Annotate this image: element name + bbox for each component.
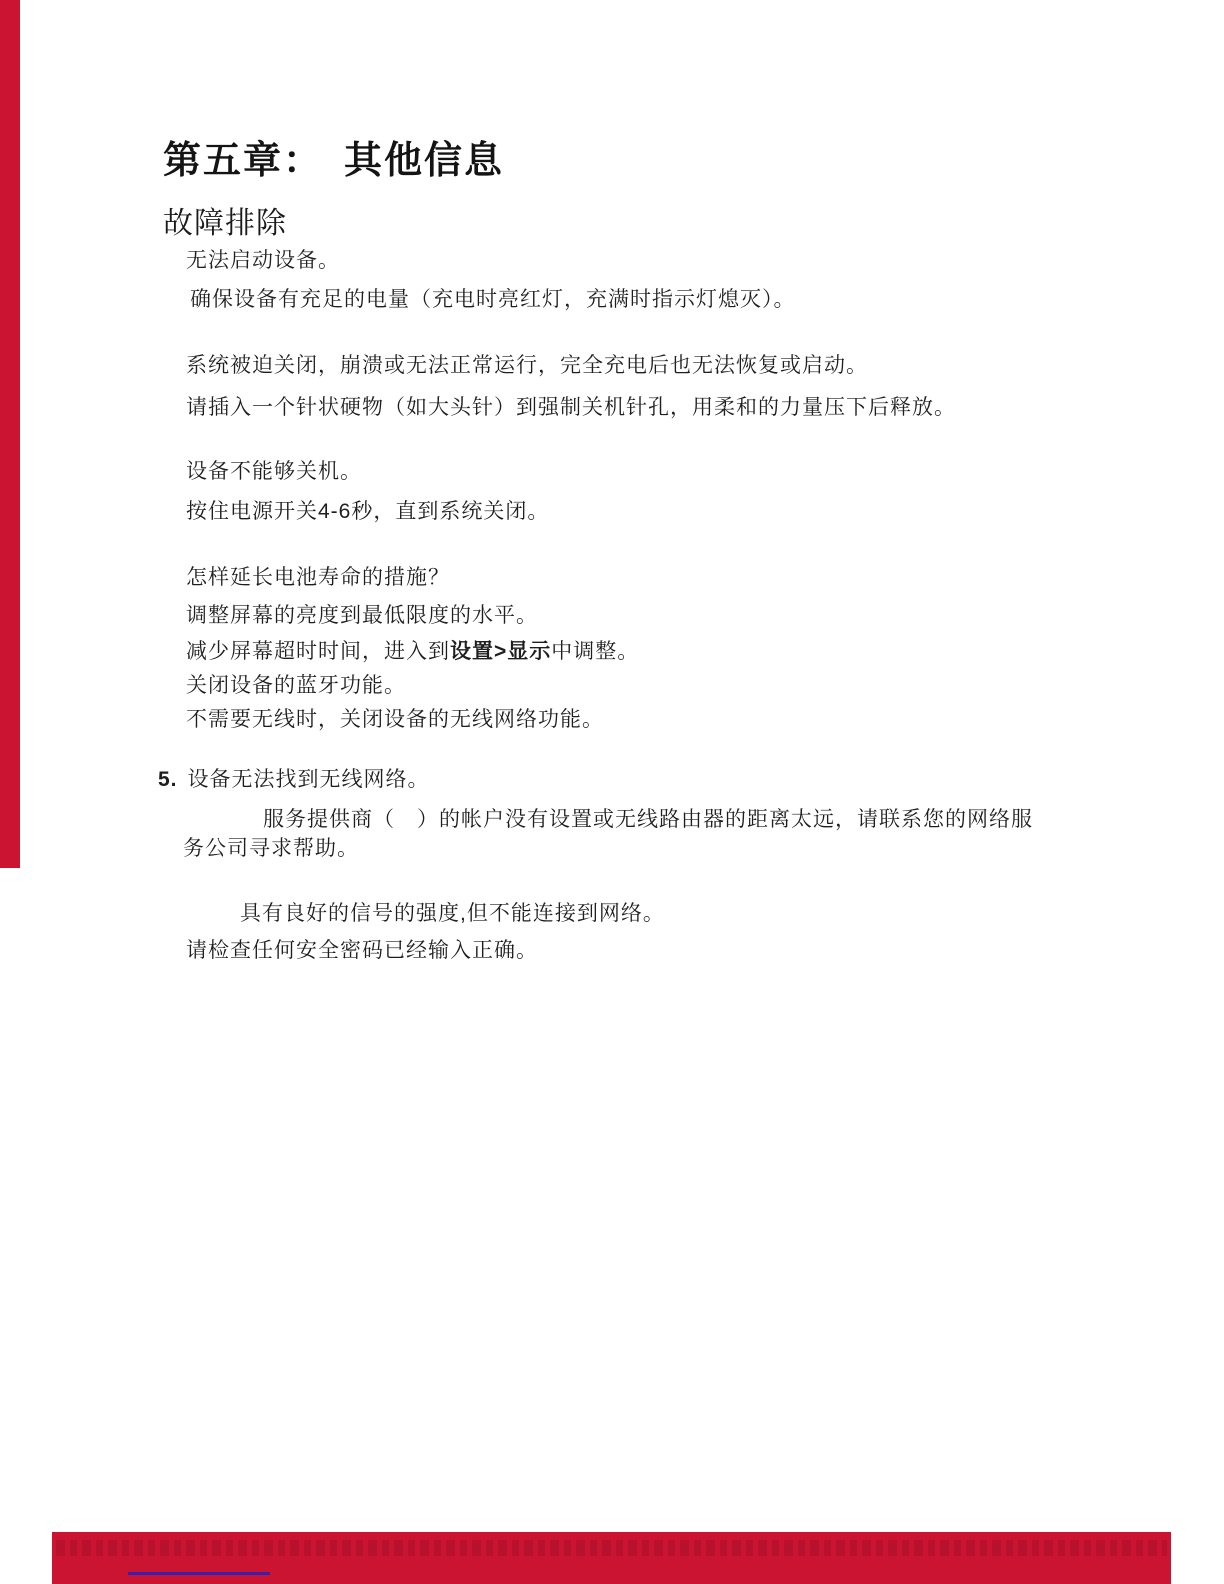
solution-line: 不需要无线时，关闭设备的无线网络功能。 [186,708,604,731]
solution-line: 请插入一个针状硬物（如大头针）到强制关机针孔，用柔和的力量压下后释放。 [186,396,956,419]
solution-text: 中调整。 [551,640,639,663]
solution-line: 调整屏幕的亮度到最低限度的水平。 [186,604,538,627]
solution-line: 务公司寻求帮助。 [183,837,359,860]
problem-line: 具有良好的信号的强度,但不能连接到网络。 [240,902,665,925]
chapter-edge-stripe [0,0,20,868]
solution-line: 减少屏幕超时时间，进入到设置>显示中调整。 [186,640,639,663]
settings-path-emphasis: 设置>显示 [450,640,551,663]
section-title: 故障排除 [163,198,287,242]
chapter-title: 第五章： 其他信息 [163,129,504,184]
solution-line: 关闭设备的蓝牙功能。 [186,674,406,697]
footer-link-underline[interactable] [128,1572,270,1575]
footer-texture [56,1540,1167,1556]
solution-line: 按住电源开关4-6秒，直到系统关闭。 [186,500,549,523]
item-number: 5. [158,768,178,791]
problem-text: 设备无法找到无线网络。 [188,768,430,791]
solution-line: 确保设备有充足的电量（充电时亮红灯，充满时指示灯熄灭）。 [190,288,796,311]
problem-line: 无法启动设备。 [186,249,340,272]
solution-text: 减少屏幕超时时间，进入到 [186,640,450,663]
manual-page: 第五章： 其他信息 故障排除 无法启动设备。 确保设备有充足的电量（充电时亮红灯… [0,0,1224,1584]
problem-line: 5.设备无法找到无线网络。 [158,768,430,791]
problem-line: 系统被迫关闭，崩溃或无法正常运行，完全充电后也无法恢复或启动。 [186,354,868,377]
problem-line: 设备不能够关机。 [186,460,362,483]
solution-line: 请检查任何安全密码已经输入正确。 [186,939,538,962]
problem-line: 怎样延长电池寿命的措施？ [186,566,450,589]
footer-band [52,1532,1171,1584]
solution-line: 服务提供商（ ）的帐户没有设置或无线路由器的距离太远，请联系您的网络服 [263,808,1033,831]
